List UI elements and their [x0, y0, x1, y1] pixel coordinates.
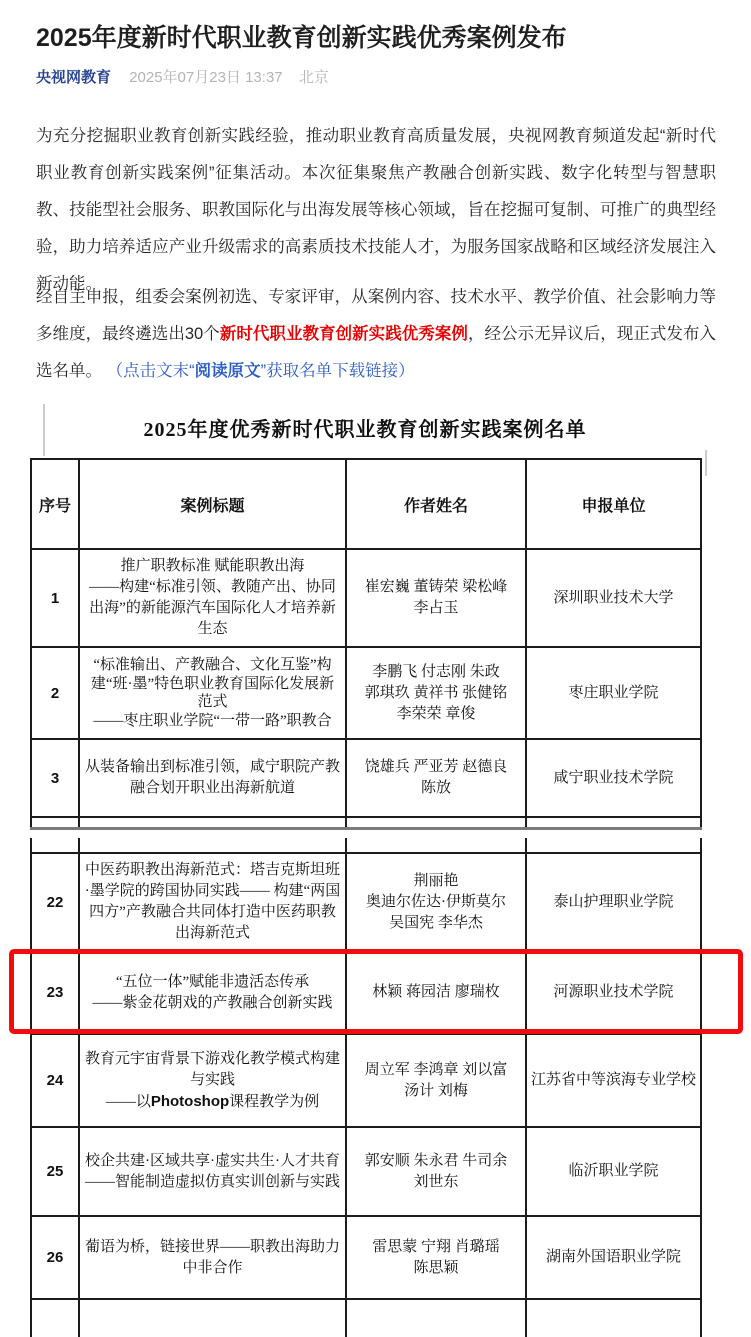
photoshop-bold-text: Photoshop — [151, 1093, 229, 1110]
image-edge-artifact — [43, 404, 45, 456]
row-unit: 泰山护理职业学院 — [526, 853, 701, 951]
row-title: 推广职教标准 赋能职教出海 ——构建“标准引领、教随产出、协同出海”的新能源汽车… — [79, 549, 346, 647]
row-no: 23 — [31, 951, 79, 1034]
row-title: 校企共建·区域共享·虚实共生·人才共育 ——智能制造虚拟仿真实训创新与实践 — [79, 1127, 346, 1216]
row-no: 3 — [31, 739, 79, 817]
table-row: 26 葡语为桥，链接世界——职教出海助力中非合作 雷思蒙 宁翔 肖璐瑶 陈思颖 … — [31, 1216, 701, 1299]
case-table-lower: 22 中医药职教出海新范式：塔吉克斯坦班·墨学院的跨国协同实践—— 构建“两国四… — [30, 838, 702, 1337]
row-unit: 枣庄职业学院 — [526, 647, 701, 739]
row-title: 教育元宇宙背景下游戏化教学模式构建与实践 ——以Photoshop课程教学为例 — [79, 1034, 346, 1127]
table-row-clipped — [31, 838, 701, 853]
row-unit: 湖南外国语职业学院 — [526, 1216, 701, 1299]
table-title: 2025年度优秀新时代职业教育创新实践案例名单 — [30, 413, 700, 442]
article-meta: 央视网教育 2025年07月23日 13:37 北京 — [36, 66, 329, 87]
row-authors: 雷思蒙 宁翔 肖璐瑶 陈思颖 — [346, 1216, 526, 1299]
row-title: 葡语为桥，链接世界——职教出海助力中非合作 — [79, 1216, 346, 1299]
read-original-bold: 阅读原文 — [195, 362, 261, 380]
paragraph-intro: 为充分挖掘职业教育创新实践经验，推动职业教育高质量发展，央视网教育频道发起“新时… — [36, 118, 716, 303]
row-title: 中医药职教出海新范式：塔吉克斯坦班·墨学院的跨国协同实践—— 构建“两国四方”产… — [79, 853, 346, 951]
table-row: 2 “标准输出、产教融合、文化互鉴”构建“班·墨”特色职业教育国际化发展新范式 … — [31, 647, 701, 739]
row-authors: 林颖 蒋园洁 廖瑞枚 — [346, 951, 526, 1034]
header-title: 案例标题 — [79, 459, 346, 549]
header-unit: 申报单位 — [526, 459, 701, 549]
page-title: 2025年度新时代职业教育创新实践优秀案例发布 — [36, 22, 717, 55]
row-no: 26 — [31, 1216, 79, 1299]
row-no: 2 — [31, 647, 79, 739]
header-no: 序号 — [31, 459, 79, 549]
publish-location: 北京 — [299, 69, 329, 86]
row-unit: 临沂职业学院 — [526, 1127, 701, 1216]
paragraph-announcement: 经自主申报，组委会案例初选、专家评审，从案例内容、技术水平、教学价值、社会影响力… — [36, 279, 716, 390]
row-unit: 江苏省中等滨海专业学校 — [526, 1034, 701, 1127]
article-page: 2025年度新时代职业教育创新实践优秀案例发布 央视网教育 2025年07月23… — [0, 0, 751, 1337]
row-title: “五位一体”赋能非遗活态传承 ——紫金花朝戏的产教融合创新实践 — [79, 951, 346, 1034]
row-no: 1 — [31, 549, 79, 647]
case-table-upper: 序号 案例标题 作者姓名 申报单位 1 推广职教标准 赋能职教出海 ——构建“标… — [30, 458, 702, 830]
table-row-clipped — [31, 817, 701, 828]
source-link[interactable]: 央视网教育 — [36, 69, 111, 86]
row-title: “标准输出、产教融合、文化互鉴”构建“班·墨”特色职业教育国际化发展新范式 ——… — [79, 647, 346, 739]
table-row-highlighted: 23 “五位一体”赋能非遗活态传承 ——紫金花朝戏的产教融合创新实践 林颖 蒋园… — [31, 951, 701, 1034]
row-authors: 荆丽艳 奥迪尔佐达·伊斯莫尔 吴国宪 李华杰 — [346, 853, 526, 951]
row-authors: 崔宏巍 董铸荣 梁松峰 李占玉 — [346, 549, 526, 647]
row-unit: 咸宁职业技术学院 — [526, 739, 701, 817]
row-authors: 李鹏飞 付志刚 朱政 郭琪玖 黄祥书 张健铭 李荣荣 章俊 — [346, 647, 526, 739]
table-row: 25 校企共建·区域共享·虚实共生·人才共育 ——智能制造虚拟仿真实训创新与实践… — [31, 1127, 701, 1216]
image-edge-artifact — [705, 450, 707, 476]
row-no: 22 — [31, 853, 79, 951]
row-title: 从装备输出到标准引领，咸宁职院产教融合划开职业出海新航道 — [79, 739, 346, 817]
highlighted-case-name: 新时代职业教育创新实践优秀案例 — [220, 325, 468, 343]
table-header-row: 序号 案例标题 作者姓名 申报单位 — [31, 459, 701, 549]
read-original-link[interactable]: （点击文末“阅读原文”获取名单下载链接） — [102, 362, 415, 380]
row-no: 24 — [31, 1034, 79, 1127]
row-authors: 饶雄兵 严亚芳 赵德良 陈放 — [346, 739, 526, 817]
row-unit: 深圳职业技术大学 — [526, 549, 701, 647]
row-unit: 河源职业技术学院 — [526, 951, 701, 1034]
table-row: 22 中医药职教出海新范式：塔吉克斯坦班·墨学院的跨国协同实践—— 构建“两国四… — [31, 853, 701, 951]
row-authors: 周立军 李鸿章 刘以富 汤计 刘梅 — [346, 1034, 526, 1127]
table-row-clipped — [31, 1299, 701, 1337]
table-row: 24 教育元宇宙背景下游戏化教学模式构建与实践 ——以Photoshop课程教学… — [31, 1034, 701, 1127]
table-row: 1 推广职教标准 赋能职教出海 ——构建“标准引领、教随产出、协同出海”的新能源… — [31, 549, 701, 647]
row-no: 25 — [31, 1127, 79, 1216]
table-row: 3 从装备输出到标准引领，咸宁职院产教融合划开职业出海新航道 饶雄兵 严亚芳 赵… — [31, 739, 701, 817]
publish-date: 2025年07月23日 13:37 — [129, 69, 282, 86]
header-authors: 作者姓名 — [346, 459, 526, 549]
row-authors: 郭安顺 朱永君 牛司余 刘世东 — [346, 1127, 526, 1216]
